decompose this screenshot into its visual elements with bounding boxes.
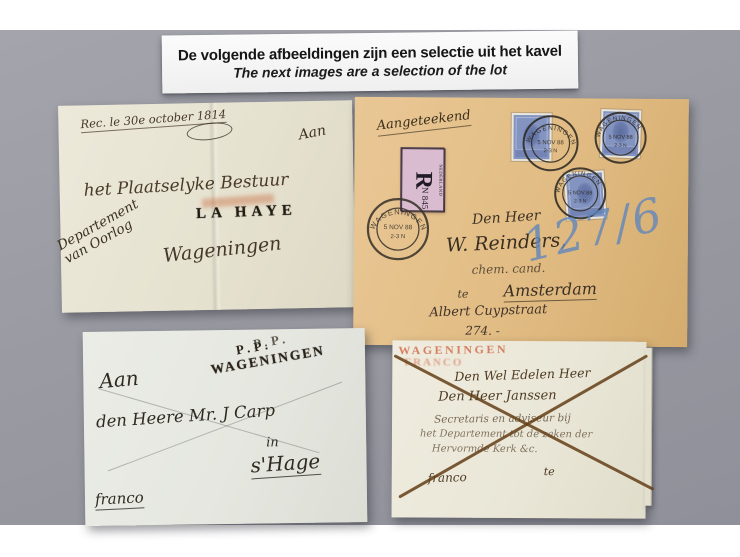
address-te: te — [544, 465, 555, 478]
la-haye-postmark: LA HAYE — [196, 202, 297, 223]
auction-lot-photo: De volgende afbeeldingen zijn een select… — [0, 0, 740, 557]
cover-red-wageningen-crossed: WAGENINGEN FRANCO Den Wel Edelen Heer De… — [392, 340, 647, 518]
salutation: Aan — [297, 122, 327, 143]
address-city: Amsterdam — [503, 279, 597, 303]
address-town: Wageningen — [162, 232, 282, 267]
caption-english: The next images are a selection of the l… — [233, 61, 507, 80]
wageningen-departure-datestamp: WAGENINGEN 5 NOV 88 2-3 N — [365, 196, 431, 262]
label-country: NEDERLAND — [439, 149, 444, 211]
svg-text:5 NOV 88: 5 NOV 88 — [608, 135, 632, 141]
svg-text:2-3 N: 2-3 N — [391, 234, 406, 240]
svg-text:2-3 N: 2-3 N — [614, 143, 627, 149]
wageningen-datestamp-on-stamp-1: WAGENINGEN 5 NOV 88 2-3 N — [520, 113, 580, 173]
photo-gray-background: De volgende afbeeldingen zijn een select… — [0, 30, 740, 525]
address-city: s'Hage — [250, 449, 321, 480]
svg-text:5 NOV 88: 5 NOV 88 — [537, 140, 564, 146]
registered-manuscript: Aangeteekend — [376, 108, 472, 137]
svg-text:5 NOV 88: 5 NOV 88 — [568, 190, 592, 196]
svg-text:5 NOV 88: 5 NOV 88 — [384, 224, 413, 231]
folded-paper-edge — [645, 348, 653, 506]
address-street: Albert Cuypstraat — [429, 302, 547, 320]
cover-1814-la-haye: Rec. le 30e october 1814 Aan het Plaatse… — [58, 100, 356, 313]
cover-pp-wageningen: P.P. P.P. WAGENINGEN Aan den Heere Mr. J… — [83, 328, 368, 526]
cover-registered-1888: Aangeteekend NEDERLAND R N 845 — [353, 97, 689, 347]
franco-note: franco — [95, 488, 145, 510]
addressee-title-1: Secretaris en adviseur bij — [434, 412, 571, 426]
lot-caption-label: De volgende afbeeldingen zijn een select… — [162, 30, 579, 93]
address-salutation: Den Wel Edelen Heer — [454, 365, 591, 384]
addressee-name: den Heere Mr. J Carp — [95, 401, 275, 432]
address-number: 274. - — [465, 324, 500, 338]
addressee-name: Den Heer Janssen — [438, 388, 557, 404]
wageningen-datestamp-on-stamp-2: WAGENINGEN 5 NOV 88 2-3 N — [592, 109, 648, 165]
pp-wageningen-postmark: P.P. P.P. WAGENINGEN — [207, 328, 326, 378]
svg-text:2-3 N: 2-3 N — [544, 148, 558, 154]
address-salutation: Aan — [98, 366, 139, 393]
address-te: te — [457, 288, 468, 301]
address-in: in — [266, 435, 279, 450]
departement-van-oorlog-note: Departement van Oorlog — [55, 197, 148, 267]
